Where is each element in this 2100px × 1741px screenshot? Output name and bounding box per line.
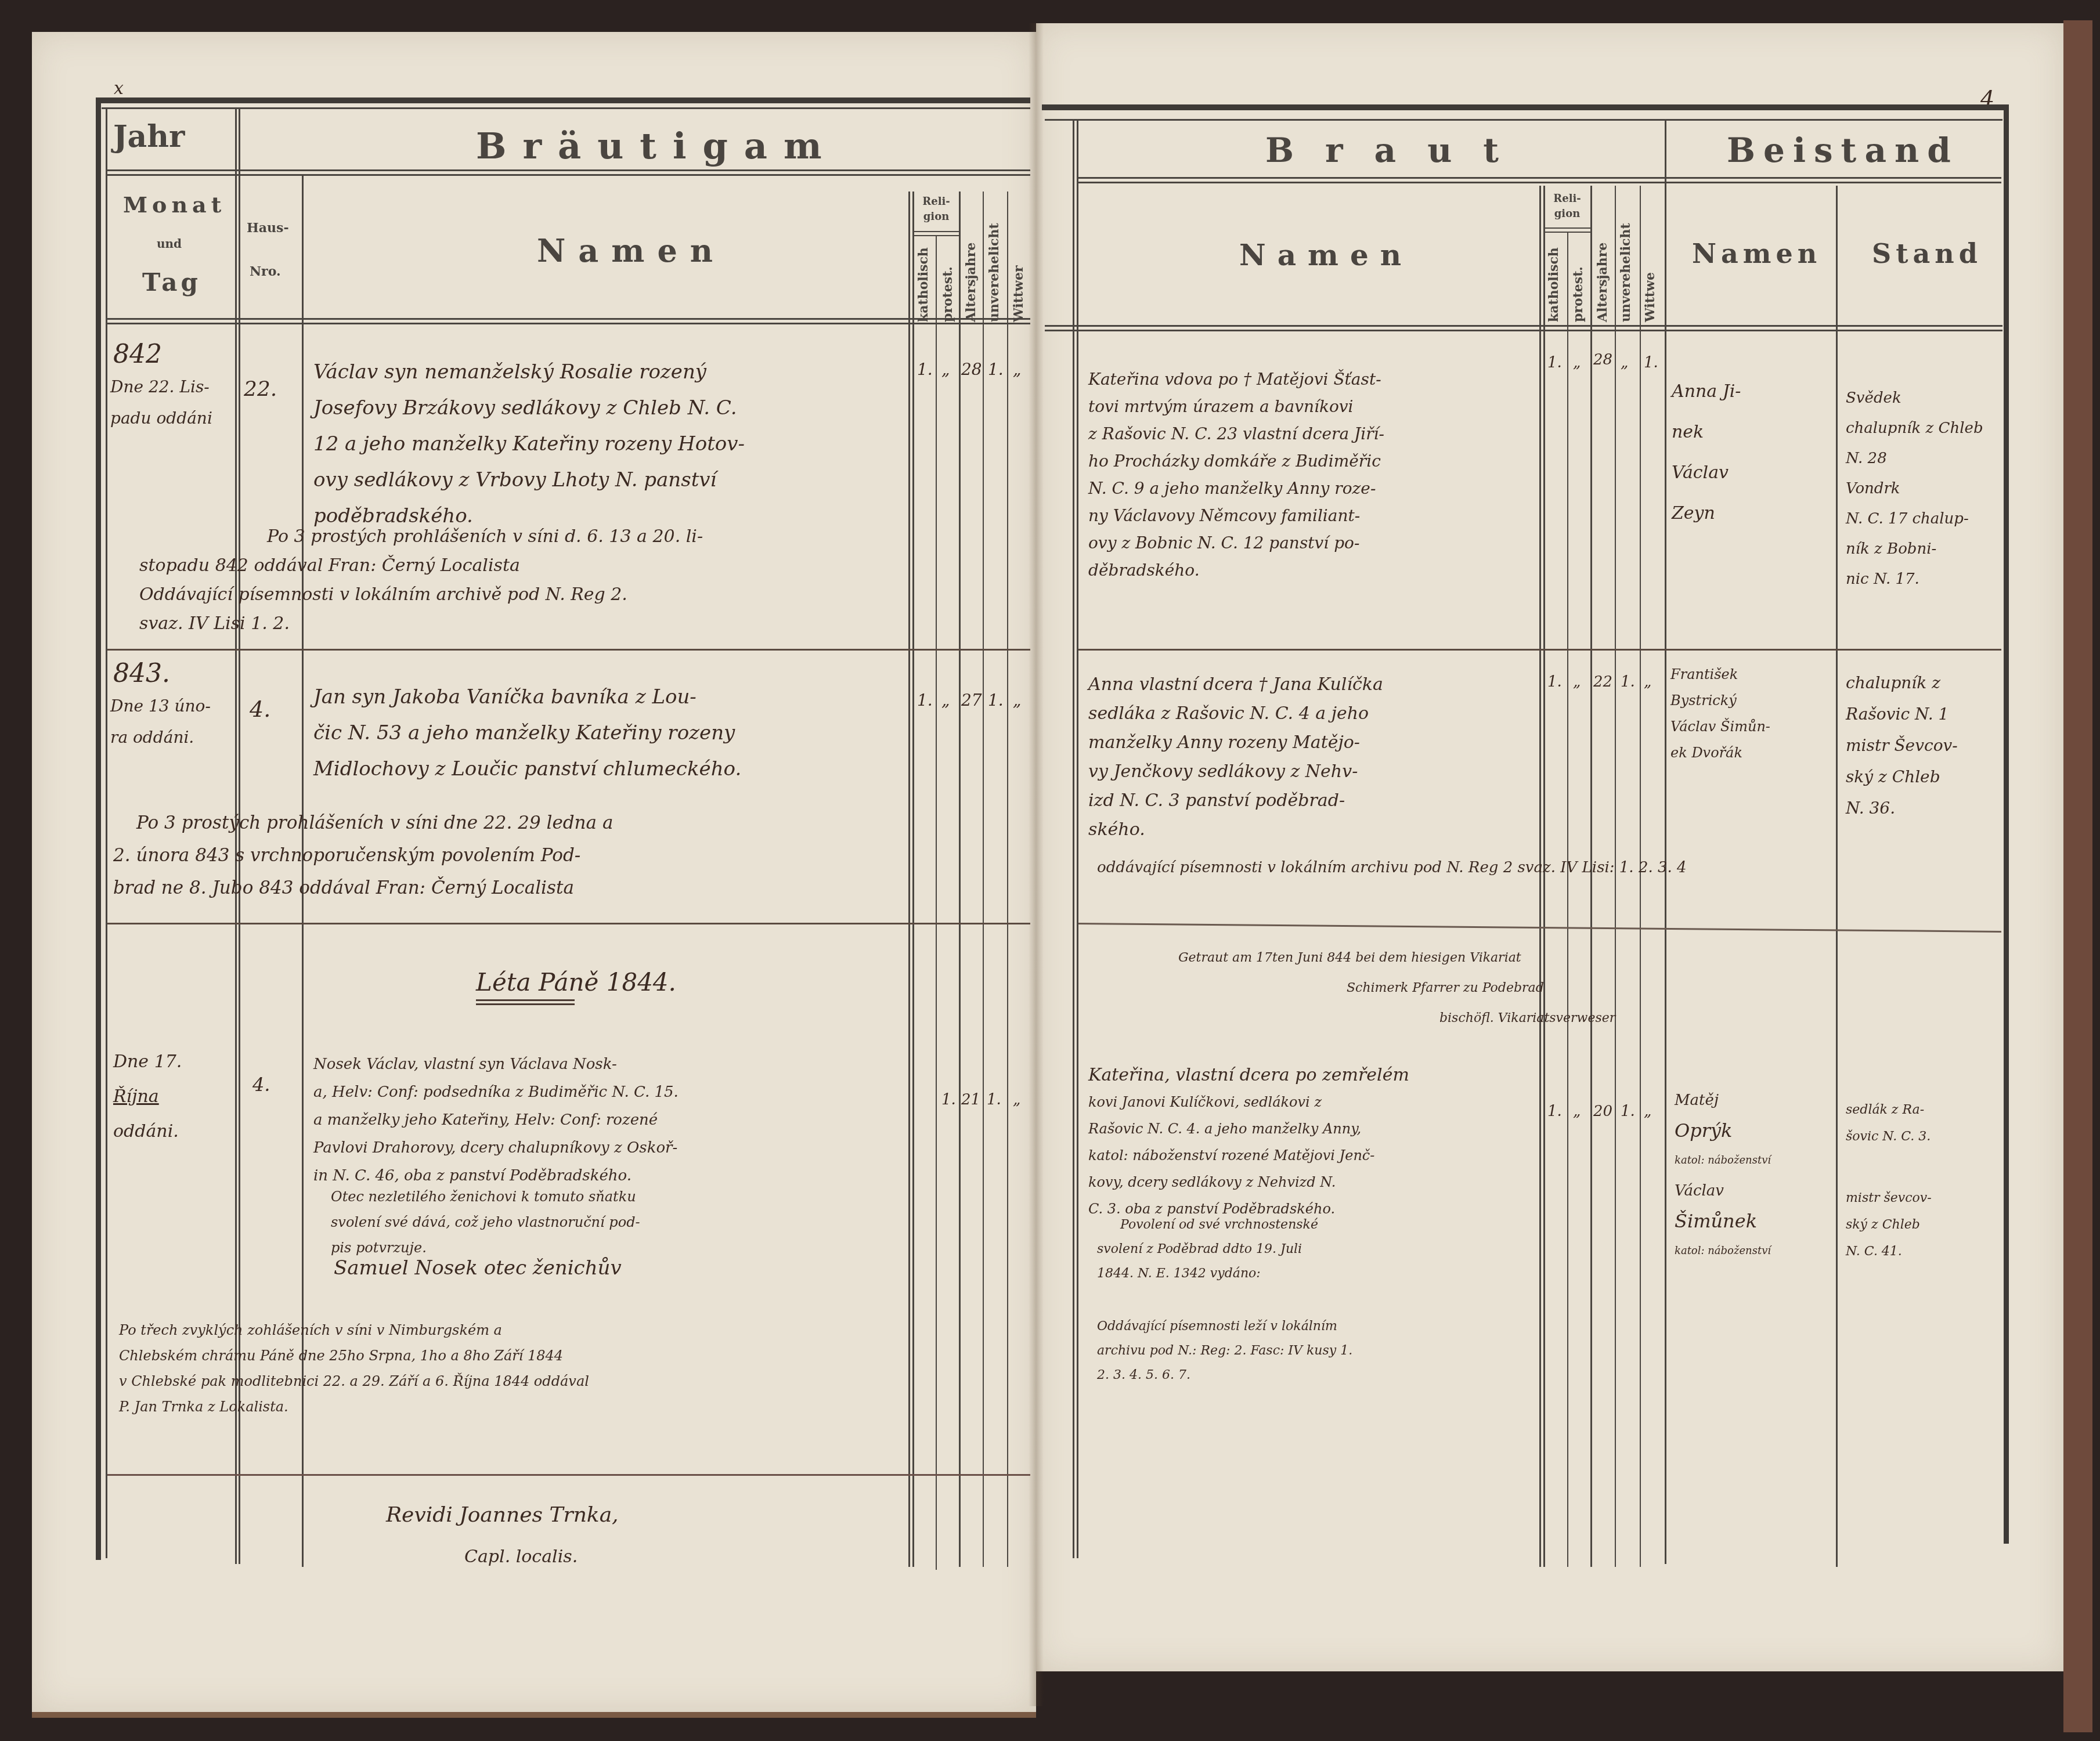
- bride-age: 20: [1593, 1103, 1612, 1120]
- bride-archive-note: Oddávající písemnosti leží v lokálnímarc…: [1097, 1314, 1352, 1388]
- header-bride-namen: Namen: [1239, 238, 1413, 272]
- bride-wittwe: 1.: [1644, 354, 1658, 371]
- marriage-note: Po 3 prostých prohlášeních v síni dne 22…: [113, 807, 613, 904]
- bride-wittwe: „: [1644, 673, 1651, 691]
- header-braeutigam: Bräutigam: [476, 125, 838, 167]
- header-tag: Tag: [142, 268, 201, 297]
- book-spine: [1029, 23, 1044, 1706]
- bride-unverehelicht: 1.: [1621, 1103, 1635, 1120]
- bride-permission-note: Povolení od své vrchnostenskésvolení z P…: [1097, 1213, 1318, 1286]
- bride-description: Kateřina vdova po † Matějovi Šťast-tovi …: [1088, 366, 1384, 584]
- bride-unverehelicht: 1.: [1621, 673, 1635, 691]
- year-heading-1844: Léta Páně 1844.: [476, 968, 676, 996]
- header-und: und: [157, 237, 182, 251]
- groom-age: 21: [961, 1091, 980, 1108]
- groom-age: 27: [961, 691, 982, 710]
- witness-stand: sedlák z Ra-šovic N. C. 3. mistr ševcov-…: [1846, 1097, 1932, 1265]
- marriage-note: Po 3 prostých prohlášeních v síni d. 6. …: [139, 522, 703, 638]
- house-number: 4.: [252, 1074, 270, 1096]
- header-unverehelicht-bride: unverehelicht: [1618, 232, 1633, 322]
- groom-katholisch: 1.: [917, 691, 933, 710]
- header-religion-bride: Reli-gion: [1545, 192, 1589, 222]
- entry-date: Dne 22. Lis-padu oddáni: [110, 371, 212, 434]
- groom-description: Václav syn nemanželský Rosalie rozenýJos…: [313, 354, 745, 534]
- groom-wittwer: „: [1013, 360, 1022, 379]
- house-number: 4.: [250, 696, 270, 722]
- page-number-left: x: [114, 78, 124, 99]
- groom-unverehelicht: 1.: [988, 691, 1004, 710]
- groom-description: Jan syn Jakoba Vaníčka bavníka z Lou-čic…: [313, 679, 741, 787]
- header-protest-bride: protest.: [1571, 255, 1586, 322]
- bride-protest: „: [1573, 354, 1581, 371]
- entry-year: 842: [113, 339, 162, 369]
- margin-note-german: Getraut am 17ten Juni 844 bei dem hiesig…: [1178, 943, 1615, 1034]
- header-unverehelicht-groom: unverehelicht: [987, 232, 1002, 322]
- header-wittwer: Wittwer: [1011, 255, 1026, 322]
- groom-katholisch: 1.: [917, 360, 933, 379]
- bride-age: 22: [1593, 673, 1612, 691]
- bride-protest: „: [1573, 1103, 1581, 1120]
- groom-protest: „: [941, 691, 950, 710]
- header-altersjahre-groom: Altersjahre: [964, 238, 979, 322]
- bride-protest: „: [1573, 673, 1581, 691]
- entry-date: Dne 17.Říjnaoddáni.: [113, 1045, 182, 1149]
- witness-names: Anna Ji-nekVáclavZeyn: [1672, 371, 1741, 534]
- header-beistand: Beistand: [1727, 131, 1959, 170]
- groom-wittwer: „: [1013, 691, 1022, 710]
- bride-description: Kateřina, vlastní dcera po zemřelémkovi …: [1088, 1062, 1409, 1222]
- bride-unverehelicht: „: [1621, 354, 1628, 371]
- bride-archive-note: oddávající písemnosti v lokálním archivu…: [1097, 859, 1687, 876]
- header-haus: Haus-: [247, 221, 289, 236]
- header-katholisch-groom: katholisch: [916, 244, 931, 322]
- header-groom-namen: Namen: [537, 232, 726, 269]
- groom-unverehelicht: 1.: [987, 1091, 1001, 1108]
- groom-protest: 1.: [941, 1091, 956, 1108]
- groom-age: 28: [961, 360, 982, 379]
- book-cover-edge: [2063, 20, 2092, 1732]
- revision-signature: Revidi Joannes Trnka,: [386, 1503, 619, 1527]
- bride-katholisch: 1.: [1547, 673, 1562, 691]
- groom-unverehelicht: 1.: [988, 360, 1004, 379]
- bride-katholisch: 1.: [1547, 354, 1562, 371]
- bride-wittwe: „: [1644, 1103, 1651, 1120]
- witness-names: MatějOprýkkatol: náboženstvíVáclavŠimůne…: [1675, 1085, 1771, 1266]
- groom-description: Nosek Václav, vlastní syn Václava Nosk-a…: [313, 1050, 679, 1190]
- witness-stand: Svědekchalupník z ChlebN. 28VondrkN. C. …: [1846, 383, 1983, 594]
- header-protest-groom: protest.: [940, 255, 955, 322]
- header-stand: Stand: [1872, 238, 1982, 269]
- groom-protest: „: [941, 360, 950, 379]
- witness-names: FrantišekBystrickýVáclav Šimůn-ek Dvořák: [1670, 662, 1770, 766]
- entry-year: 843.: [113, 659, 170, 688]
- bride-age: 28: [1593, 351, 1612, 369]
- header-monat: Monat: [123, 192, 226, 218]
- bride-katholisch: 1.: [1547, 1103, 1562, 1120]
- header-altersjahre-bride: Altersjahre: [1595, 238, 1610, 322]
- header-braut: Braut: [1265, 131, 1530, 170]
- witness-stand: chalupník zRašovic N. 1mistr Ševcov-ský …: [1846, 667, 1958, 824]
- father-signature: Samuel Nosek otec ženichův: [334, 1256, 622, 1280]
- header-witness-namen: Namen: [1692, 238, 1821, 269]
- header-jahr: Jahr: [113, 119, 185, 154]
- marriage-note: Po třech zvyklých zohlášeních v síni v N…: [119, 1317, 589, 1419]
- groom-consent-note: Otec nezletilého ženichovi k tomuto sňat…: [331, 1184, 640, 1260]
- revision-title: Capl. localis.: [464, 1547, 578, 1567]
- groom-wittwer: „: [1013, 1091, 1020, 1108]
- header-religion-groom: Reli-gion: [915, 194, 958, 225]
- heading-underline: [476, 999, 575, 1001]
- entry-date: Dne 13 úno-ra oddáni.: [110, 691, 211, 753]
- house-number: 22.: [244, 377, 277, 401]
- header-katholisch-bride: katholisch: [1546, 244, 1561, 322]
- header-wittwe: Wittwe: [1643, 273, 1658, 322]
- bride-description: Anna vlastní dcera † Jana Kulíčkasedláka…: [1088, 670, 1383, 844]
- header-nro: Nro.: [250, 264, 281, 279]
